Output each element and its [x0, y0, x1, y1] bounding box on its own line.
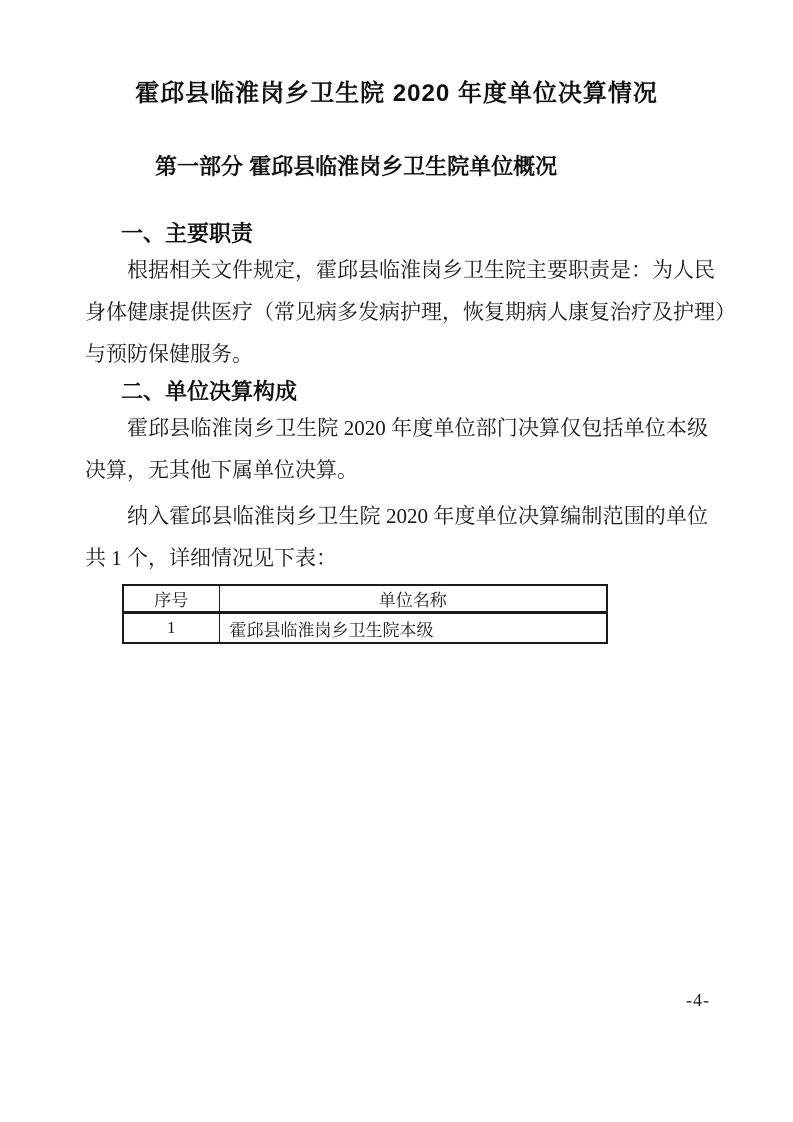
document-title: 霍邱县临淮岗乡卫生院 2020 年度单位决算情况	[85, 0, 708, 108]
paragraph-units-included: 纳入霍邱县临淮岗乡卫生院 2020 年度单位决算编制范围的单位 共 1 个，详细…	[85, 495, 708, 579]
part-one-heading: 第一部分 霍邱县临淮岗乡卫生院单位概况	[85, 153, 708, 180]
text-line: 共 1 个，详细情况见下表：	[85, 537, 708, 579]
table-header-row: 序号 单位名称	[123, 585, 607, 613]
text-line: 与预防保健服务。	[85, 333, 708, 375]
text-line: 霍邱县临淮岗乡卫生院 2020 年度单位部门决算仅包括单位本级	[85, 407, 708, 449]
col-header-unit-name: 单位名称	[219, 585, 607, 613]
document-page: 霍邱县临淮岗乡卫生院 2020 年度单位决算情况 第一部分 霍邱县临淮岗乡卫生院…	[0, 0, 793, 1122]
table-row: 1 霍邱县临淮岗乡卫生院本级	[123, 613, 607, 644]
page-number: -4-	[686, 990, 710, 1011]
col-header-index: 序号	[123, 585, 219, 613]
paragraph-budget-scope: 霍邱县临淮岗乡卫生院 2020 年度单位部门决算仅包括单位本级 决算，无其他下属…	[85, 407, 708, 491]
text-line: 纳入霍邱县临淮岗乡卫生院 2020 年度单位决算编制范围的单位	[85, 495, 708, 537]
units-table: 序号 单位名称 1 霍邱县临淮岗乡卫生院本级	[122, 584, 608, 644]
section-heading-main-duties: 一、主要职责	[121, 222, 708, 245]
cell-unit-name: 霍邱县临淮岗乡卫生院本级	[219, 613, 607, 644]
text-line: 根据相关文件规定，霍邱县临淮岗乡卫生院主要职责是：为人民	[85, 249, 708, 291]
cell-index: 1	[123, 613, 219, 644]
section-heading-budget-composition: 二、单位决算构成	[121, 380, 708, 403]
text-line: 决算，无其他下属单位决算。	[85, 449, 708, 491]
text-line: 身体健康提供医疗（常见病多发病护理，恢复期病人康复治疗及护理）	[85, 291, 708, 333]
paragraph-duties: 根据相关文件规定，霍邱县临淮岗乡卫生院主要职责是：为人民 身体健康提供医疗（常见…	[85, 249, 708, 375]
